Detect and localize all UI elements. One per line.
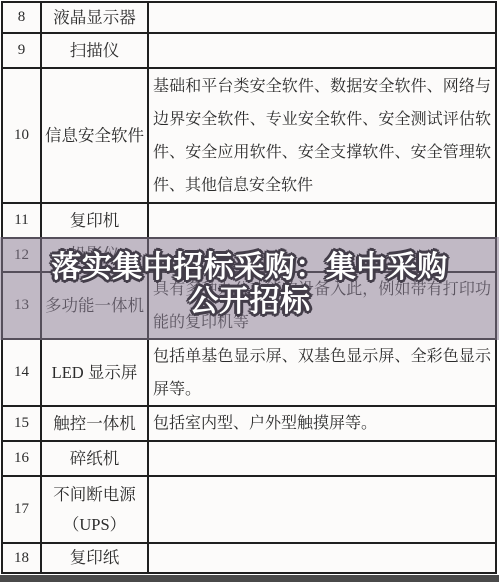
row-number: 9: [3, 34, 42, 67]
item-name: 复印机: [42, 204, 149, 237]
item-name: 复印纸: [42, 544, 149, 572]
item-description: [149, 34, 495, 67]
table-row: 8液晶显示器: [3, 3, 495, 34]
row-number: 18: [3, 544, 42, 572]
table-row: 11复印机: [3, 204, 495, 239]
item-description: 基础和平台类安全软件、数据安全软件、网络与边界安全软件、专业安全软件、安全测试评…: [149, 69, 495, 202]
item-name: 不间断电源（UPS）: [42, 477, 149, 542]
table-row: 15触控一体机包括室内型、户外型触摸屏等。: [3, 407, 495, 442]
item-name: 触控一体机: [42, 407, 149, 440]
row-number: 11: [3, 204, 42, 237]
row-number: 15: [3, 407, 42, 440]
item-description: [149, 544, 495, 572]
item-description: [149, 477, 495, 542]
watermark-overlay: 落实集中招标采购：集中采购 公开招标: [0, 237, 499, 340]
item-description: 包括单基色显示屏、双基色显示屏、全彩色显示屏等。: [149, 340, 495, 405]
item-name: 液晶显示器: [42, 3, 149, 32]
bottom-dark-bar: [0, 575, 499, 582]
item-description: [149, 442, 495, 475]
item-description: 包括室内型、户外型触摸屏等。: [149, 407, 495, 440]
table-row: 17不间断电源（UPS）: [3, 477, 495, 544]
watermark-line-2: 公开招标: [0, 285, 499, 319]
row-number: 10: [3, 69, 42, 202]
item-name: 碎纸机: [42, 442, 149, 475]
item-description: [149, 204, 495, 237]
row-number: 14: [3, 340, 42, 405]
row-number: 8: [3, 3, 42, 32]
table-row: 10信息安全软件基础和平台类安全软件、数据安全软件、网络与边界安全软件、专业安全…: [3, 69, 495, 204]
table-row: 9扫描仪: [3, 34, 495, 69]
table-row: 14LED 显示屏包括单基色显示屏、双基色显示屏、全彩色显示屏等。: [3, 340, 495, 407]
row-number: 16: [3, 442, 42, 475]
row-number: 17: [3, 477, 42, 542]
item-description-text: 包括室内型、户外型触摸屏等。: [153, 407, 491, 440]
item-description-text: 包括单基色显示屏、双基色显示屏、全彩色显示屏等。: [153, 340, 491, 405]
table-row: 16碎纸机: [3, 442, 495, 477]
watermark-line-1: 落实集中招标采购：集中采购: [0, 251, 499, 285]
item-description: [149, 3, 495, 32]
item-name: LED 显示屏: [42, 340, 149, 405]
screenshot-root: 8液晶显示器9扫描仪10信息安全软件基础和平台类安全软件、数据安全软件、网络与边…: [0, 0, 499, 582]
item-name: 扫描仪: [42, 34, 149, 67]
item-name: 信息安全软件: [42, 69, 149, 202]
item-description-text: 基础和平台类安全软件、数据安全软件、网络与边界安全软件、专业安全软件、安全测试评…: [153, 70, 491, 202]
table-row: 18复印纸: [3, 544, 495, 572]
